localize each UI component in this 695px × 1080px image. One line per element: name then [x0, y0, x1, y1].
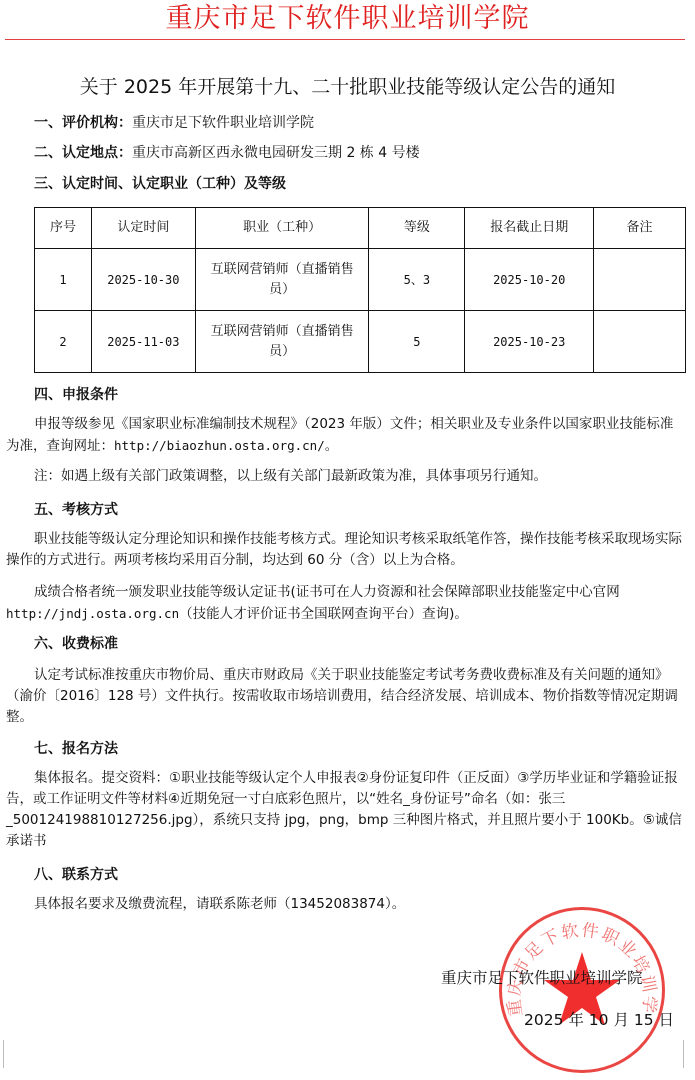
- masthead: 重庆市足下软件职业培训学院: [0, 2, 695, 36]
- header-cell: 等级: [369, 208, 465, 249]
- cell-occupation: 互联网营销师（直播销售员）: [195, 311, 369, 373]
- header-cell: 报名截止日期: [465, 208, 594, 249]
- page-corner-mark: [3, 1040, 4, 1068]
- section-heading-3: 三、认定时间、认定职业（工种）及等级: [34, 174, 286, 194]
- cell-date: 2025-11-03: [91, 311, 195, 373]
- cell-deadline: 2025-10-23: [465, 311, 594, 373]
- paragraph-fees: 认定考试标准按重庆市物价局、重庆市财政局《关于职业技能鉴定考试考务费收费标准及有…: [6, 665, 686, 728]
- seal-star-icon: 重庆市足下软件职业培训学院: [502, 910, 662, 1070]
- paragraph-application-conditions: 申报等级参见《国家职业标准编制技术规程》（2023 年版）文件；相关职业及专业条…: [6, 414, 686, 457]
- section-heading-5: 五、考核方式: [34, 500, 118, 520]
- header-cell: 序号: [35, 208, 92, 249]
- header-cell: 认定时间: [91, 208, 195, 249]
- red-rule-divider: [5, 39, 685, 40]
- cell-remark: [594, 311, 686, 373]
- cell-deadline: 2025-10-20: [465, 249, 594, 311]
- cell-remark: [594, 249, 686, 311]
- paragraph-contact: 具体报名要求及缴费流程，请联系陈老师（13452083874）。: [34, 894, 405, 914]
- section-heading-8: 八、联系方式: [34, 865, 118, 885]
- section-heading-7: 七、报名方法: [34, 739, 118, 759]
- item-value: 重庆市高新区西永微电园研发三期 2 栋 4 号楼: [132, 145, 420, 161]
- item-label: 二、认定地点：: [34, 145, 132, 161]
- cell-date: 2025-10-30: [91, 249, 195, 311]
- item-evaluation-org: 一、评价机构：重庆市足下软件职业培训学院: [34, 113, 314, 133]
- table-row: 1 2025-10-30 互联网营销师（直播销售员） 5、3 2025-10-2…: [35, 249, 686, 311]
- document-title: 关于 2025 年开展第十九、二十批职业技能等级认定公告的通知: [0, 74, 695, 100]
- paragraph-text: （技能人才评价证书全国联网查询平台）查询)。: [179, 606, 468, 622]
- signature-date: 2025 年 10 月 15 日: [524, 1010, 674, 1030]
- official-seal: 重庆市足下软件职业培训学院: [499, 907, 665, 1073]
- cell-level: 5、3: [369, 249, 465, 311]
- item-location: 二、认定地点：重庆市高新区西永微电园研发三期 2 栋 4 号楼: [34, 143, 420, 163]
- paragraph-certificate: 成绩合格者统一颁发职业技能等级认定证书(证书可在人力资源和社会保障部职业技能鉴定…: [6, 582, 686, 625]
- signature-organization: 重庆市足下软件职业培训学院: [441, 968, 643, 988]
- page-corner-mark: [683, 1040, 684, 1068]
- header-cell: 备注: [594, 208, 686, 249]
- link-jndj[interactable]: http://jndj.osta.org.cn: [6, 606, 179, 621]
- link-biaozhun[interactable]: http://biaozhun.osta.org.cn/: [114, 438, 325, 453]
- cell-level: 5: [369, 311, 465, 373]
- cell-index: 2: [35, 311, 92, 373]
- item-value: 重庆市足下软件职业培训学院: [132, 115, 314, 131]
- cell-index: 1: [35, 249, 92, 311]
- schedule-table: 序号 认定时间 职业（工种） 等级 报名截止日期 备注 1 2025-10-30…: [34, 207, 686, 373]
- table-header-row: 序号 认定时间 职业（工种） 等级 报名截止日期 备注: [35, 208, 686, 249]
- paragraph-text: 。: [325, 438, 339, 454]
- section-heading-4: 四、申报条件: [34, 385, 118, 405]
- section-heading-6: 六、收费标准: [34, 634, 118, 654]
- paragraph-text: 申报等级参见《国家职业标准编制技术规程》（2023 年版）文件；相关职业及专业条…: [6, 416, 673, 454]
- paragraph-assessment-method: 职业技能等级认定分理论知识和操作技能考核方式。理论知识考核采取纸笔作答，操作技能…: [6, 529, 686, 571]
- item-label: 一、评价机构：: [34, 115, 132, 131]
- paragraph-note: 注：如遇上级有关部门政策调整，以上级有关部门最新政策为准，具体事项另行通知。: [6, 466, 686, 487]
- paragraph-registration-method: 集体报名。提交资料：①职业技能等级认定个人申报表②身份证复印件（正反面）③学历毕…: [6, 768, 686, 852]
- table-row: 2 2025-11-03 互联网营销师（直播销售员） 5 2025-10-23: [35, 311, 686, 373]
- paragraph-text: 成绩合格者统一颁发职业技能等级认定证书(证书可在人力资源和社会保障部职业技能鉴定…: [34, 584, 620, 600]
- cell-occupation: 互联网营销师（直播销售员）: [195, 249, 369, 311]
- header-cell: 职业（工种）: [195, 208, 369, 249]
